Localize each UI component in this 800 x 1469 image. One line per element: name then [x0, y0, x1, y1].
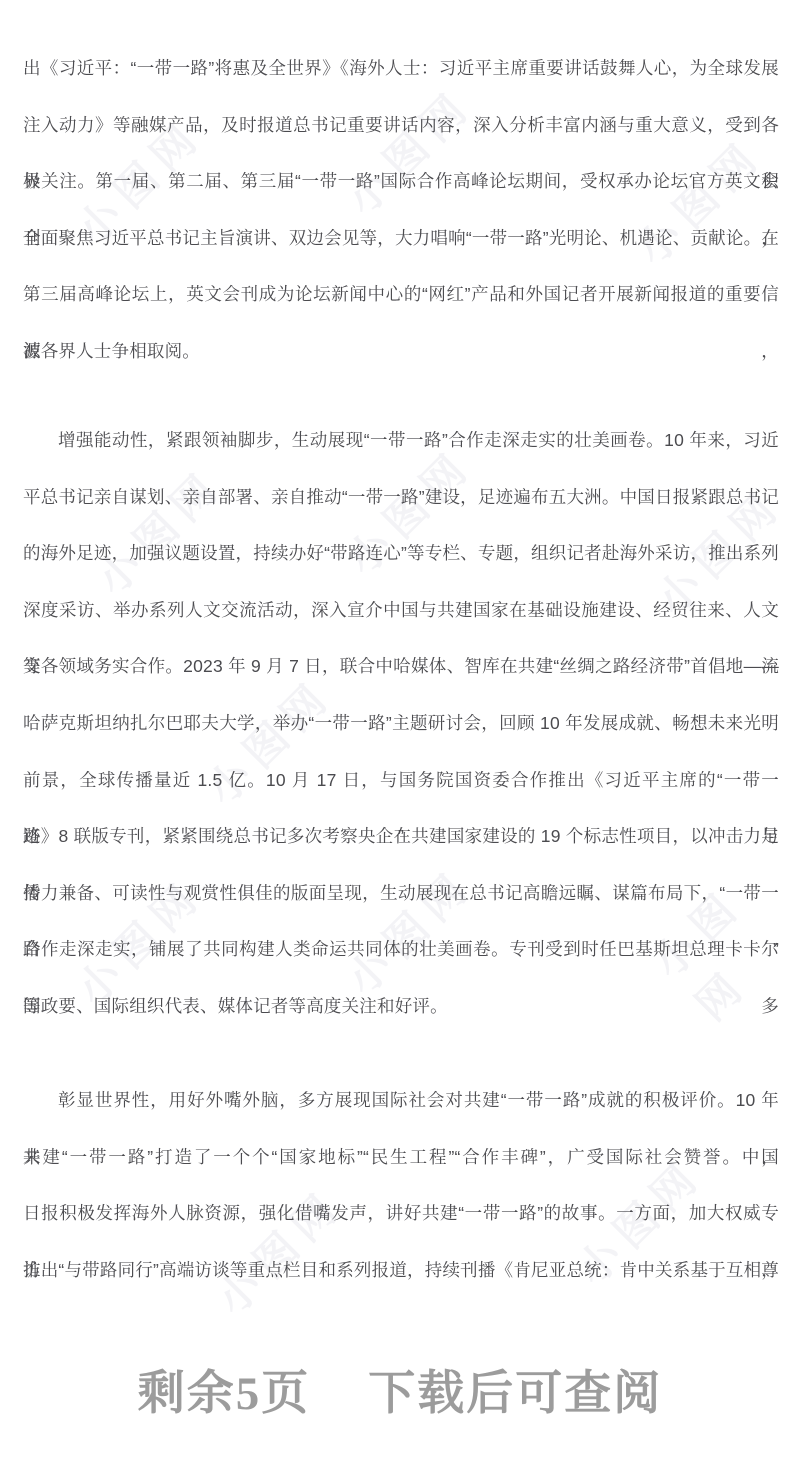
text-line: 彰显世界性，用好外嘴外脑，多方展现国际社会对共建“一带一路”成就的积极评价。10…: [23, 1072, 779, 1129]
text-line: 前景，全球传播量近 1.5 亿。10 月 17 日，与国务院国资委合作推出《习近…: [23, 752, 779, 809]
text-line: 日报积极发挥海外人脉资源，强化借嘴发声，讲好共建“一带一路”的故事。一方面，加大…: [23, 1185, 779, 1242]
footer-banner: 剩余5页 下载后可查阅: [0, 1356, 800, 1423]
paragraph-2: 增强能动性，紧跟领袖脚步，生动展现“一带一路”合作走深走实的壮美画卷。10 年来…: [23, 412, 779, 1035]
text-line: 的海外足迹，加强议题设置，持续办好“带路连心”等专栏、专题，组织记者赴海外采访，…: [23, 525, 779, 582]
text-line: 增强能动性，紧跟领袖脚步，生动展现“一带一路”合作走深走实的壮美画卷。10 年来…: [23, 412, 779, 469]
document-page: { "page": { "width": 800, "height": 1469…: [0, 0, 800, 1469]
text-line: 全面聚焦习近平总书记主旨演讲、双边会见等，大力唱响“一带一路”光明论、机遇论、贡…: [23, 210, 779, 267]
text-line: 极关注。第一届、第二届、第三届“一带一路”国际合作高峰论坛期间，受权承办论坛官方…: [23, 153, 779, 210]
text-line: 出《习近平：“一带一路”将惠及全世界》《海外人士：习近平主席重要讲话鼓舞人心，为…: [23, 40, 779, 97]
text-line: 合作走深走实，铺展了共同构建人类命运共同体的壮美画卷。专刊受到时任巴基斯坦总理卡…: [23, 921, 779, 978]
text-line: 深度采访、举办系列人文交流活动，深入宣介中国与共建国家在基础设施建设、经贸往来、…: [23, 582, 779, 639]
text-line: 共建“一带一路”打造了一个个“国家地标”“民生工程”“合作丰碑”，广受国际社会赞…: [23, 1129, 779, 1186]
download-hint-label[interactable]: 下载后可查阅: [368, 1356, 662, 1423]
text-line: 注入动力》等融媒产品，及时报道总书记重要讲话内容，深入分析丰富内涵与重大意义，受…: [23, 97, 779, 154]
text-line: 哈萨克斯坦纳扎尔巴耶夫大学，举办“一带一路”主题研讨会，回顾 10 年发展成就、…: [23, 695, 779, 752]
pages-remaining-label: 剩余5页: [138, 1356, 311, 1423]
paragraph-1: 出《习近平：“一带一路”将惠及全世界》《海外人士：习近平主席重要讲话鼓舞人心，为…: [23, 40, 779, 380]
text-line: 平总书记亲自谋划、亲自部署、亲自推动“一带一路”建设，足迹遍布五大洲。中国日报紧…: [23, 469, 779, 526]
paragraph-3: 彰显世界性，用好外嘴外脑，多方展现国际社会对共建“一带一路”成就的积极评价。10…: [23, 1072, 779, 1298]
text-line: 第三届高峰论坛上，英文会刊成为论坛新闻中心的“网红”产品和外国记者开展新闻报道的…: [23, 266, 779, 323]
text-line: 等各领域务实合作。2023 年 9 月 7 日，联合中哈媒体、智库在共建“丝绸之…: [23, 638, 779, 695]
text-line: 迹》8 联版专刊，紧紧围绕总书记多次考察央企在共建国家建设的 19 个标志性项目…: [23, 808, 779, 865]
text-line: 推出“与带路同行”高端访谈等重点栏目和系列报道，持续刊播《肯尼亚总统：肯中关系基…: [23, 1242, 779, 1299]
text-line: 播力兼备、可读性与观赏性俱佳的版面呈现，生动展现在总书记高瞻远瞩、谋篇布局下，“…: [23, 865, 779, 922]
